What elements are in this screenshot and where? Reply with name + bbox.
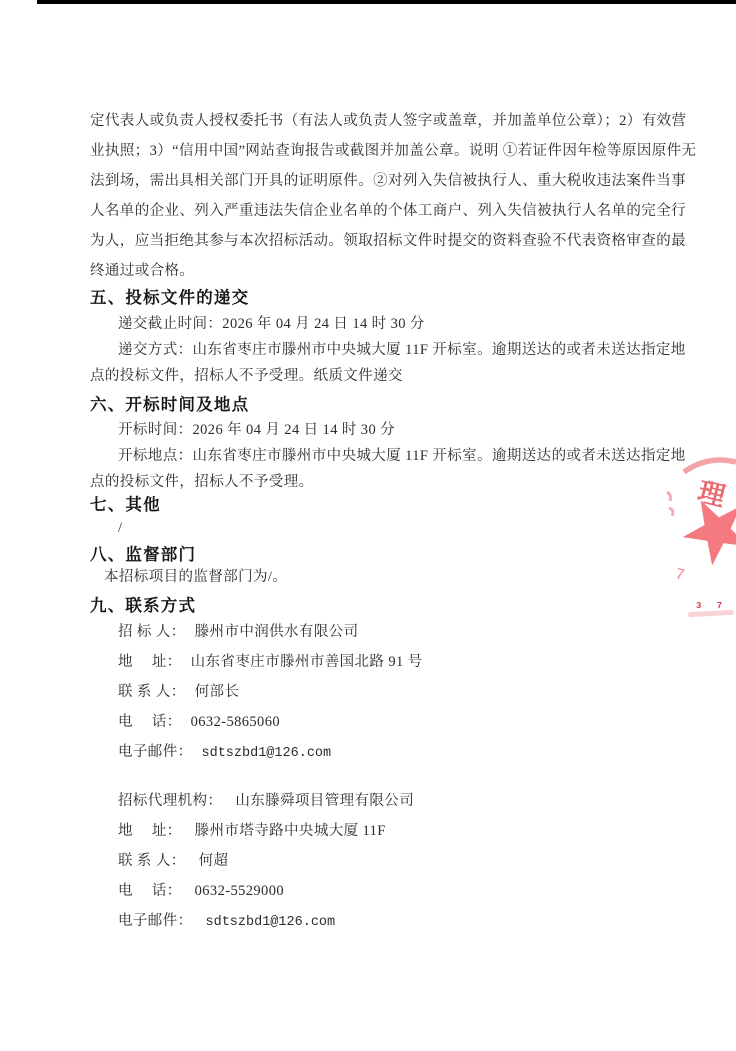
- intro-line: 为人，应当拒绝其参与本次招标活动。领取招标文件时提交的资料查验不代表资格审查的最: [90, 226, 696, 256]
- section-heading-supervision: 八、监督部门: [90, 541, 196, 565]
- stamp-circle-arc-icon: [684, 460, 736, 472]
- intro-line: 定代表人或负责人授权委托书（有法人或负责人签字或盖章，并加盖单位公章）；2）有效…: [90, 106, 696, 136]
- tenderer-email-value: sdtszbd1@126.com: [202, 746, 332, 761]
- intro-line: 人名单的企业、列入严重违法失信企业名单的个体工商户、列入失信被执行人名单的完全行: [90, 196, 696, 226]
- tenderer-phone-row: 电 话：0632-5865060: [118, 710, 280, 731]
- tenderer-name-row: 招 标 人：滕州市中润供水有限公司: [118, 620, 359, 641]
- agency-email-row: 电子邮件：sdtszbd1@126.com: [118, 909, 335, 930]
- section-heading-opening: 六、开标时间及地点: [90, 391, 249, 415]
- agency-contact-label: 联 系 人：: [118, 853, 186, 869]
- scan-artifact-top-bar: [37, 0, 736, 4]
- opening-place-line1: 开标地点：山东省枣庄市滕州市中央城大厦 11F 开标室。逾期送达的或者未送达指定…: [90, 445, 724, 467]
- agency-email-label: 电子邮件：: [118, 913, 193, 929]
- agency-contact-row: 联 系 人：何超: [118, 849, 228, 870]
- agency-address-row: 地 址：滕州市塔寺路中央城大厦 11F: [118, 819, 386, 840]
- opening-time: 开标时间：2026 年 04 月 24 日 14 时 30 分: [90, 419, 724, 441]
- stamp-stray-stroke-icon: [669, 508, 673, 516]
- tenderer-name-label: 招 标 人：: [118, 624, 186, 640]
- scanned-document-page: 定代表人或负责人授权委托书（有法人或负责人签字或盖章，并加盖单位公章）；2）有效…: [0, 0, 736, 1051]
- stamp-character: 理: [695, 476, 728, 512]
- agency-name-value: 山东滕舜项目管理有限公司: [235, 793, 414, 809]
- red-seal-stamp: 理 7 3 7: [656, 448, 736, 624]
- tenderer-contact-label: 联 系 人：: [118, 684, 186, 700]
- supervision-content: 本招标项目的监督部门为/。: [90, 566, 710, 588]
- agency-name-row: 招标代理机构：山东滕舜项目管理有限公司: [118, 789, 414, 810]
- section-heading-submission: 五、投标文件的递交: [90, 284, 249, 308]
- section-heading-other: 七、其他: [90, 491, 161, 515]
- agency-address-label: 地 址：: [118, 823, 182, 839]
- tenderer-address-value: 山东省枣庄市滕州市善国北路 91 号: [191, 654, 423, 670]
- agency-address-value: 滕州市塔寺路中央城大厦 11F: [195, 823, 386, 839]
- agency-contact-value: 何超: [199, 853, 229, 869]
- tenderer-email-label: 电子邮件：: [118, 744, 193, 760]
- submission-method-line2: 点的投标文件，招标人不予受理。纸质文件递交: [90, 365, 696, 387]
- stamp-stray-stroke-icon: [667, 492, 671, 501]
- submission-method-line1: 递交方式：山东省枣庄市滕州市中央城大厦 11F 开标室。逾期送达的或者未送达指定…: [90, 339, 724, 361]
- stamp-mark: 7: [674, 565, 686, 583]
- agency-name-label: 招标代理机构：: [118, 793, 222, 809]
- agency-phone-row: 电 话：0632-5529000: [118, 879, 284, 900]
- submission-deadline: 递交截止时间：2026 年 04 月 24 日 14 时 30 分: [90, 313, 724, 335]
- intro-line: 终通过或合格。: [90, 256, 696, 286]
- agency-email-value: sdtszbd1@126.com: [206, 915, 336, 930]
- agency-phone-label: 电 话：: [118, 883, 182, 899]
- tenderer-contact-row: 联 系 人：何部长: [118, 680, 239, 701]
- tenderer-contact-value: 何部长: [195, 684, 240, 700]
- other-content: /: [90, 517, 724, 539]
- tenderer-phone-value: 0632-5865060: [191, 714, 280, 730]
- stamp-digits: 3 7: [696, 601, 727, 611]
- section-heading-contact: 九、联系方式: [90, 592, 196, 616]
- tenderer-address-label: 地 址：: [118, 654, 182, 670]
- tenderer-address-row: 地 址：山东省枣庄市滕州市善国北路 91 号: [118, 650, 423, 671]
- intro-line: 业执照；3）“信用中国”网站查询报告或截图并加盖公章。说明 ①若证件因年检等原因…: [90, 136, 696, 166]
- opening-place-line2: 点的投标文件，招标人不予受理。: [90, 471, 696, 493]
- intro-line: 法到场，需出具相关部门开具的证明原件。②对列入失信被执行人、重大税收违法案件当事: [90, 166, 696, 196]
- agency-phone-value: 0632-5529000: [195, 883, 284, 899]
- tenderer-phone-label: 电 话：: [118, 714, 182, 730]
- tenderer-email-row: 电子邮件：sdtszbd1@126.com: [118, 740, 331, 761]
- tenderer-name-value: 滕州市中润供水有限公司: [195, 624, 359, 640]
- intro-paragraph: 定代表人或负责人授权委托书（有法人或负责人签字或盖章，并加盖单位公章）；2）有效…: [90, 106, 696, 286]
